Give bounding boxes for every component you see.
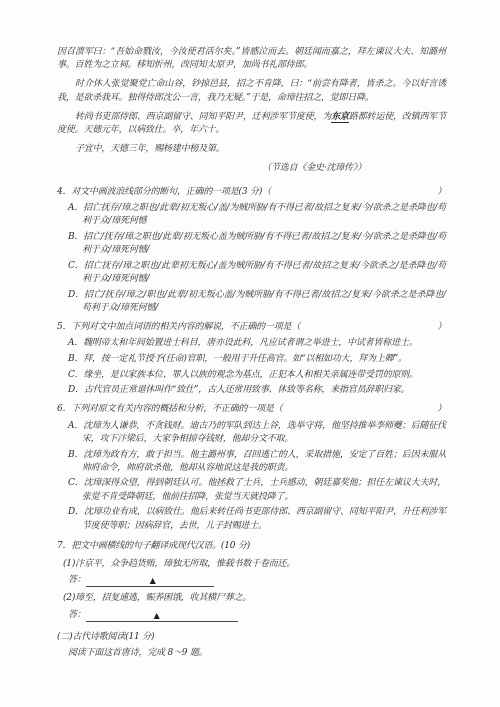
- question-4-option-c: C．招亡抚存/璋之职也/此辈初无叛心/盖为贼所胁/有不得已者/故招之复来/今欲杀…: [68, 260, 446, 286]
- option-text: 招亡/抚存/璋之职也/此辈/初无叛心盖为贼所胁/有不得已者/故招之/复来/今/欲…: [82, 232, 446, 255]
- question-4-option-b: B．招亡/抚存/璋之职也/此辈/初无叛心盖为贼所胁/有不得已者/故招之/复来/今…: [68, 231, 446, 257]
- question-4-option-a: A．招亡抚存/璋之职也/此辈/初无叛心/盖/为贼所胁/有不得已者/故招之复来/今…: [68, 202, 446, 228]
- question-6-option-b: B．沈璋为政有方，敢于担当。他主潞州事，召回逃亡的人，采取措施，安定了百姓；后因…: [68, 449, 446, 475]
- answer-blank-line: [158, 576, 214, 587]
- option-text: 招亡抚存/璋之职也/此辈/初无叛心/盖/为贼所胁/有不得已者/故招之复来/今/欲…: [82, 203, 446, 226]
- question-4-stem: 4．对文中画波浪线部分的断句，正确的一项是(3 分)（ ）: [57, 186, 446, 199]
- option-label: A．: [68, 203, 83, 213]
- question-6-stem: 6．下列对原文有关内容的概括和分析，不正确的一项是（ ）: [57, 403, 446, 416]
- option-label: D．: [68, 507, 84, 517]
- section-2-poetry-reading: (二)古代诗歌阅读(11 分) 阅读下面这首唐诗，完成 8～9 题。: [57, 631, 446, 660]
- answer-line-1: 答： ▲: [68, 574, 446, 587]
- question-5-stem: 5．下列对文中加点词语的相关内容的解说，不正确的一项是（ ）: [57, 321, 446, 334]
- answer-blank-line: [86, 576, 148, 587]
- section-2-header: (二)古代诗歌阅读(11 分): [57, 631, 446, 644]
- stem-spacer: [271, 186, 437, 199]
- question-5-option-b: B．拜，按一定礼节授予(任命)官职，一般用于升任高官。如“以相如功大，拜为上卿”…: [68, 353, 446, 366]
- answer-label: 答：: [68, 574, 86, 587]
- option-label: D．: [68, 385, 84, 395]
- question-5-option-a: A．魏明帝太和年间始置进士科目，唐亦设此科，凡应试者谓之举进士，中试者皆称进士。: [68, 337, 446, 350]
- question-7-item-1: (1)汴京平，众争趋货贿，璋独无所取，惟载书数千卷而还。: [63, 558, 446, 571]
- question-6-option-c: C．沈璋深得众望，得到朝廷认可。他拯救了士兵，士兵感动，朝廷嘉奖他；担任左谏议大…: [68, 477, 446, 503]
- option-text: 拜，按一定礼节授予(任命)官职，一般用于升任高官。如“以相如功大，拜为上卿”。: [83, 354, 406, 364]
- answer-blank-line: [86, 611, 152, 622]
- answer-label: 答：: [68, 609, 86, 622]
- question-4-close-paren: ）: [437, 186, 446, 199]
- stem-spacer: [283, 403, 438, 416]
- question-5-stem-text: 5．下列对文中加点词语的相关内容的解说，不正确的一项是（: [57, 321, 300, 334]
- question-7-item-2: (2)璋至，招复逋逃，赈养困饿，收其横尸葬之。: [63, 592, 446, 605]
- question-7: 7．把文中画横线的句子翻译成现代汉语。(10 分) (1)汴京平，众争趋货贿，璋…: [57, 540, 446, 622]
- question-4: 4．对文中画波浪线部分的断句，正确的一项是(3 分)（ ） A．招亡抚存/璋之职…: [57, 186, 446, 315]
- question-5: 5．下列对文中加点词语的相关内容的解说，不正确的一项是（ ） A．魏明帝太和年间…: [57, 321, 446, 398]
- passage-paragraph-2: 时介休人张觉聚党亡命山谷，钞掠邑县，招之不肯降，曰：“前尝有降者，皆杀之。今以好…: [57, 78, 446, 104]
- option-label: B．: [68, 232, 83, 242]
- question-4-stem-text: 4．对文中画波浪线部分的断句，正确的一项是(3 分)（: [57, 186, 271, 199]
- passage-paragraph-3-pre: 转尚书吏部侍郎、西京副留守、同知平阳尹，迁利涉军节度使，为: [75, 112, 331, 122]
- option-text: 缘坐，是以家族本位、罪人以族的观念为基点，正犯本人和相关亲属连带受罚的原则。: [84, 370, 418, 380]
- answer-marker-triangle: ▲: [148, 576, 158, 587]
- question-6-option-a: A．沈璋为人谦恭，不贪钱财。迪古乃的军队到达上谷，选举守将，他坚持推举李师夔；后…: [68, 420, 446, 446]
- answer-blank-line: [162, 611, 238, 622]
- question-5-option-d: D．古代官员正常退休叫作“致仕”，古人还常用致事、休致等名称，来指官员辞职归家。: [68, 384, 446, 397]
- question-4-option-d: D．招亡/抚存/璋之/职也/此辈/初无叛心盖/为贼所胁/有不得已者/故招之/复来…: [68, 289, 446, 315]
- option-label: C．: [68, 478, 84, 488]
- option-text: 招亡/抚存/璋之/职也/此辈/初无叛心盖/为贼所胁/有不得已者/故招之/复来/今…: [82, 290, 446, 313]
- option-label: A．: [68, 421, 83, 431]
- option-label: A．: [68, 338, 83, 348]
- option-label: C．: [68, 261, 84, 271]
- question-6-option-d: D．沈璋功业有成，以病致仕。他后来转任尚书吏部侍郎、西京副留守、同知平阳尹，升任…: [68, 506, 446, 532]
- passage-paragraph-3: 转尚书吏部侍郎、西京副留守、同知平阳尹，迁利涉军节度使，为东京路都转运使，改镇西…: [57, 111, 446, 137]
- option-text: 沈璋为人谦恭，不贪钱财。迪古乃的军队到达上谷，选举守将，他坚持推举李师夔；后随征…: [82, 421, 446, 444]
- answer-line-2: 答： ▲: [68, 609, 446, 622]
- option-text: 沈璋深得众望，得到朝廷认可。他拯救了士兵，士兵感动，朝廷嘉奖他；担任左谏议大夫时…: [82, 478, 446, 501]
- option-label: B．: [68, 354, 83, 364]
- passage-paragraph-4: 子宜中，天德三年，赐杨建中榜及第。: [57, 143, 446, 156]
- source-attribution: （节选自《金史·沈璋传》）: [57, 162, 446, 175]
- option-text: 魏明帝太和年间始置进士科目，唐亦设此科，凡应试者谓之举进士，中试者皆称进士。: [83, 338, 417, 348]
- option-text: 招亡抚存/璋之职也/此辈初无叛心/盖为贼所胁/有不得已者/故招之复来/今欲杀之/…: [82, 261, 446, 284]
- stem-spacer: [300, 321, 437, 334]
- section-2-instruction: 阅读下面这首唐诗，完成 8～9 题。: [68, 647, 446, 660]
- question-6-close-paren: ）: [437, 403, 446, 416]
- question-6-stem-text: 6．下列对原文有关内容的概括和分析，不正确的一项是（: [57, 403, 283, 416]
- passage-paragraph-1: 因召溃军曰：“吾始命戮汝，今汝使君活尔矣。”皆感泣而去。朝廷闻而嘉之，拜左谏议大…: [57, 46, 446, 72]
- option-label: C．: [68, 370, 84, 380]
- question-5-option-c: C．缘坐，是以家族本位、罪人以族的观念为基点，正犯本人和相关亲属连带受罚的原则。: [68, 369, 446, 382]
- question-5-close-paren: ）: [437, 321, 446, 334]
- answer-marker-triangle: ▲: [152, 611, 162, 622]
- exam-page: 因召溃军曰：“吾始命戮汝，今汝使君活尔矣。”皆感泣而去。朝廷闻而嘉之，拜左谏议大…: [0, 0, 500, 707]
- option-label: D．: [68, 290, 84, 300]
- option-text: 沈璋为政有方，敢于担当。他主潞州事，召回逃亡的人，采取措施，安定了百姓；后因未服…: [82, 450, 446, 473]
- question-7-stem: 7．把文中画横线的句子翻译成现代汉语。(10 分): [57, 540, 446, 553]
- question-6: 6．下列对原文有关内容的概括和分析，不正确的一项是（ ） A．沈璋为人谦恭，不贪…: [57, 403, 446, 532]
- option-text: 沈璋功业有成，以病致仕。他后来转任尚书吏部侍郎、西京副留守、同知平阳尹，升任利涉…: [82, 507, 446, 530]
- option-text: 古代官员正常退休叫作“致仕”，古人还常用致事、休致等名称，来指官员辞职归家。: [84, 385, 410, 395]
- option-label: B．: [68, 450, 83, 460]
- underlined-term-dongjing: 东京: [331, 112, 349, 123]
- passage: 因召溃军曰：“吾始命戮汝，今汝使君活尔矣。”皆感泣而去。朝廷闻而嘉之，拜左谏议大…: [57, 46, 446, 176]
